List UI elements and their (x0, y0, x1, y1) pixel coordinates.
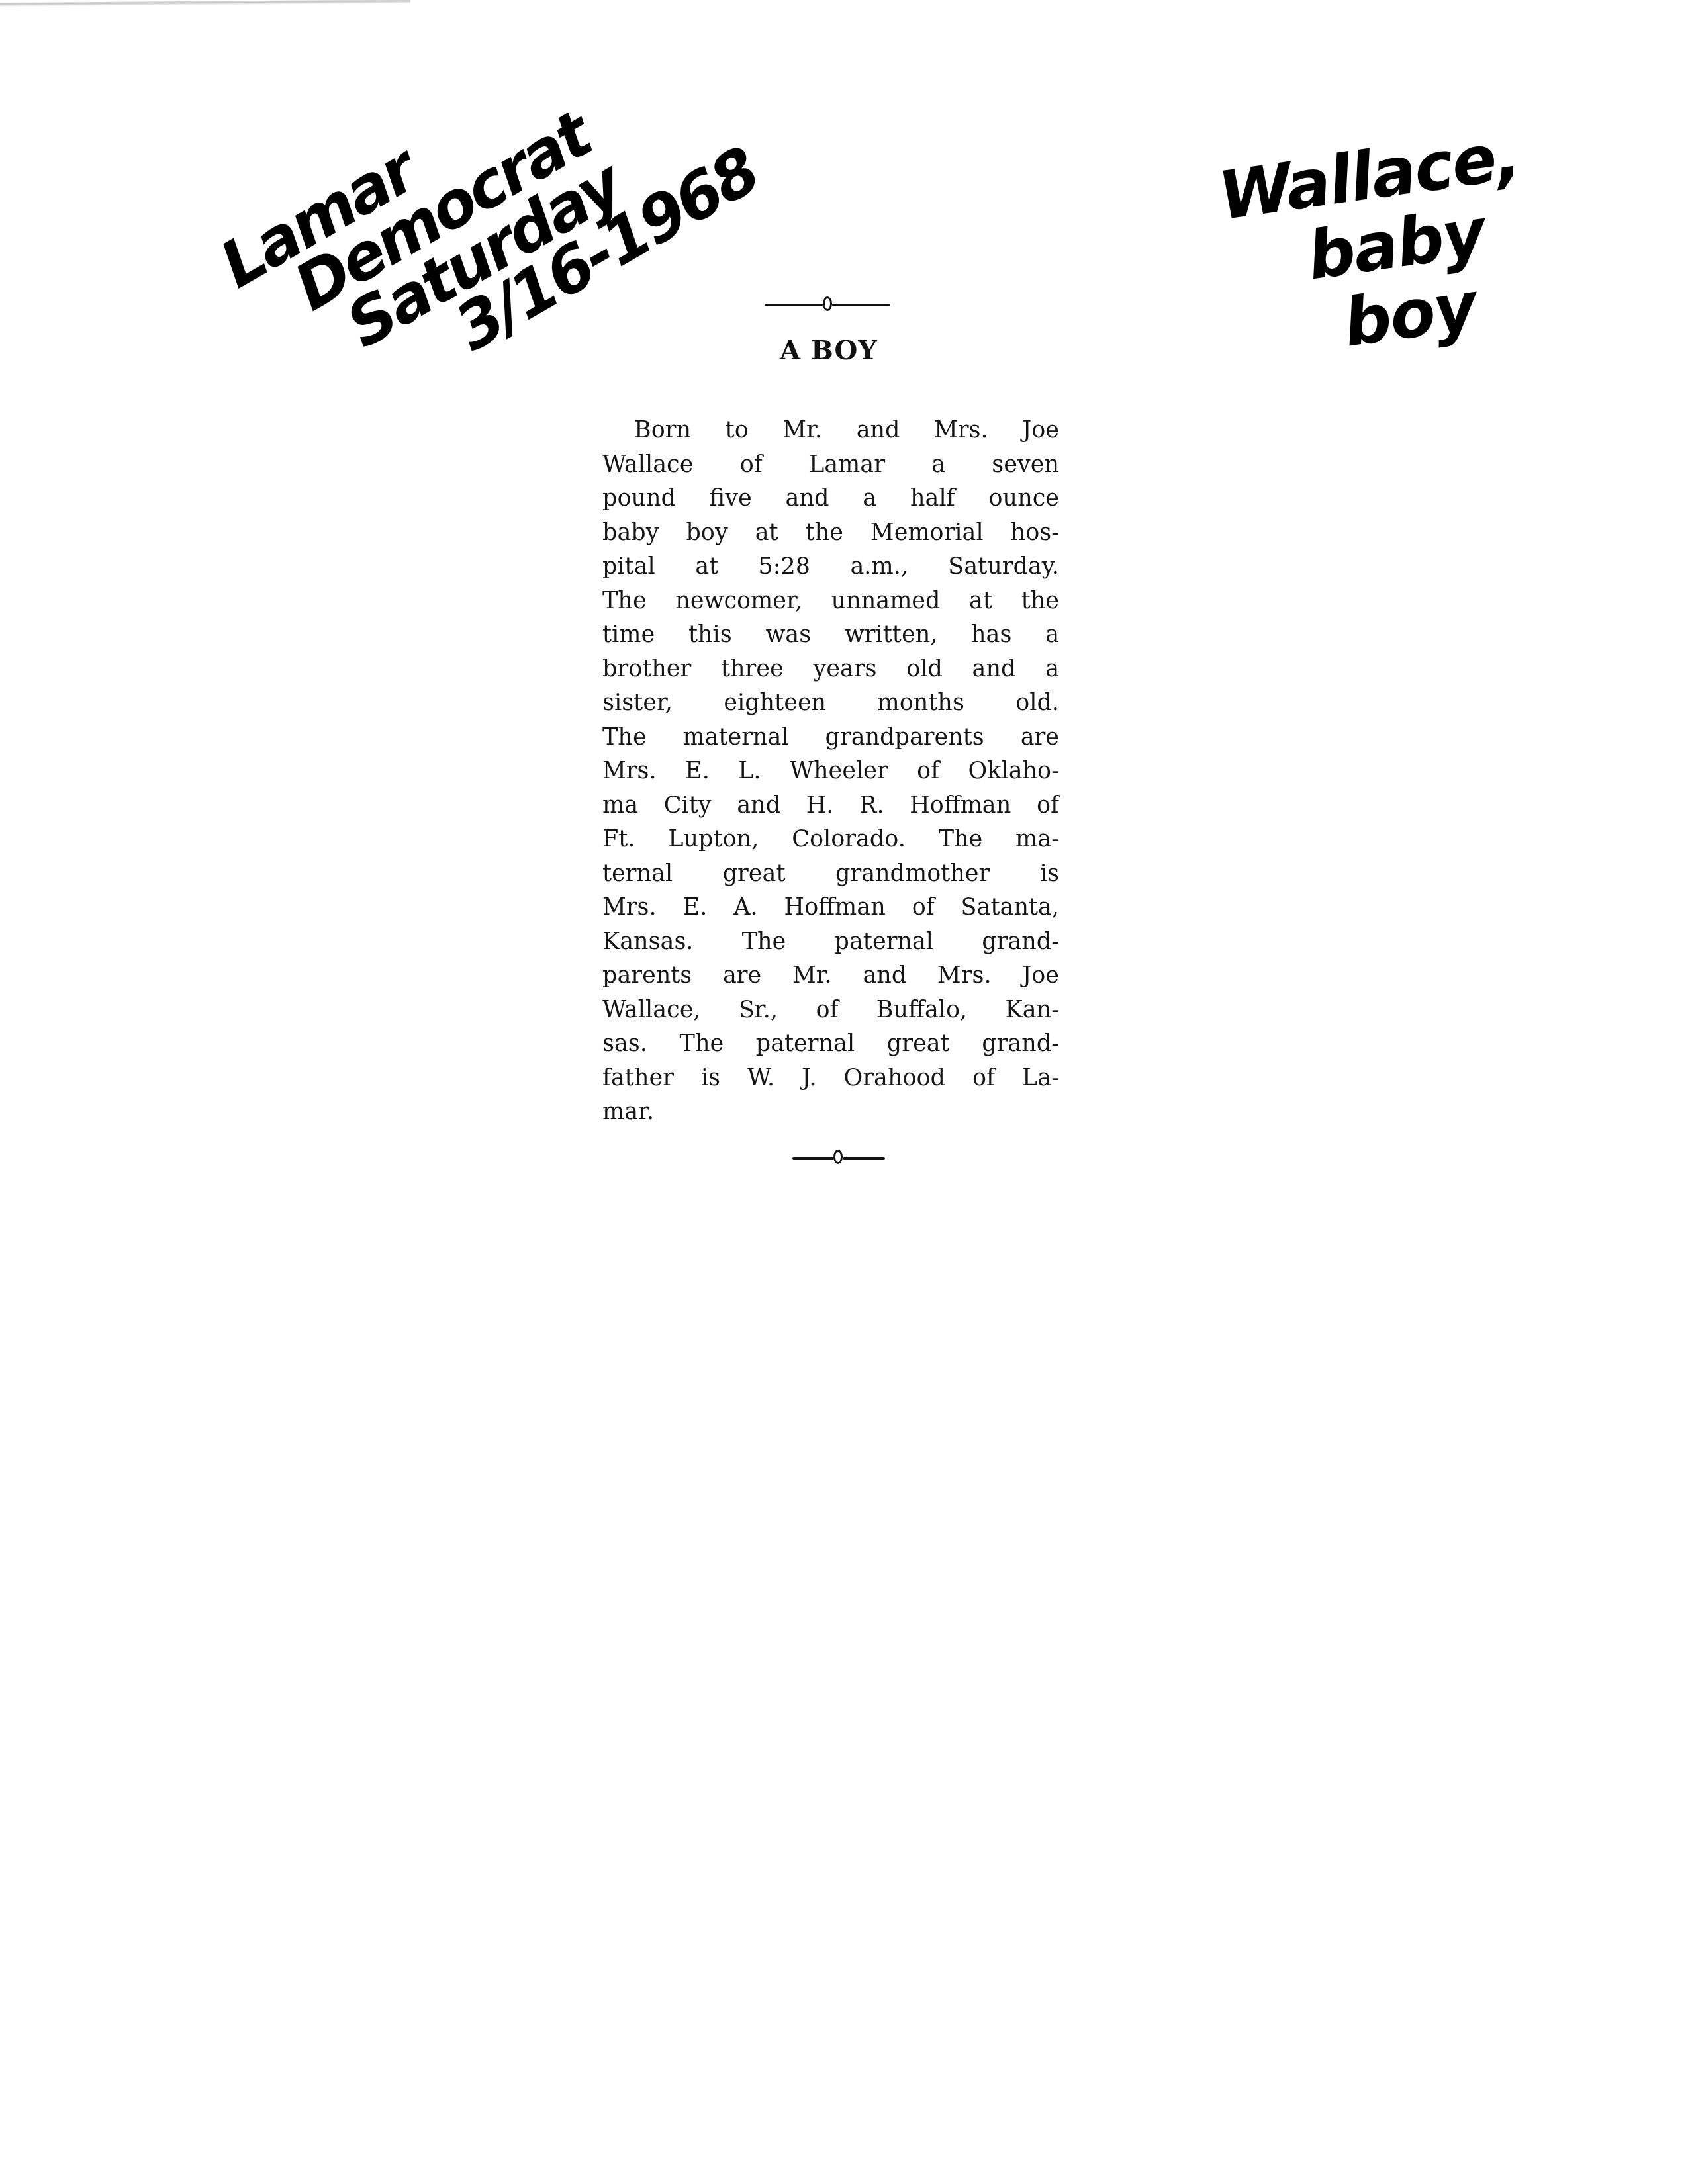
article-line: Mrs. E. A. Hoffman of Satanta, (602, 891, 1059, 925)
article-line: The newcomer, unnamed at the (602, 584, 1059, 619)
article-line: The maternal grandparents are (602, 721, 1059, 755)
article-body: Born to Mr. and Mrs. JoeWallace of Lamar… (602, 414, 1059, 1130)
article-line: Kansas. The paternal grand- (602, 925, 1059, 960)
article-line: Wallace of Lamar a seven (602, 448, 1059, 482)
article-line: ternal great grandmother is (602, 857, 1059, 891)
handwritten-subject-note: Wallace, baby boy (1215, 129, 1499, 413)
scanner-edge-shadow (0, 0, 410, 7)
divider-rule-bottom (792, 1150, 885, 1165)
divider-rule-top (765, 296, 890, 312)
article-line: ma City and H. R. Hoffman of (602, 789, 1059, 823)
article-line: Mrs. E. L. Wheeler of Oklaho- (602, 754, 1059, 789)
article-line: pound five and a half ounce (602, 482, 1059, 516)
newspaper-clipping: A BOY Born to Mr. and Mrs. JoeWallace of… (602, 291, 1079, 1165)
article-line: time this was written, has a (602, 618, 1059, 653)
article-line: pital at 5:28 a.m., Saturday. (602, 550, 1059, 584)
handwritten-line: boy (1340, 271, 1493, 357)
article-line: father is W. J. Orahood of La- (602, 1062, 1059, 1096)
ornament-icon (833, 1150, 843, 1164)
article-line: Wallace, Sr., of Buffalo, Kan- (602, 993, 1059, 1028)
article-line: Ft. Lupton, Colorado. The ma- (602, 823, 1059, 857)
article-line: mar. (602, 1095, 1059, 1130)
article-line: parents are Mr. and Mrs. Joe (602, 959, 1059, 993)
handwritten-source-note: Lamar Democrat Saturday 3/16-1968 (193, 54, 670, 482)
article-line: brother three years old and a (602, 653, 1059, 687)
headline: A BOY (780, 335, 1079, 366)
article-line: sister, eighteen months old. (602, 686, 1059, 721)
ornament-icon (823, 296, 832, 311)
article-line: baby boy at the Memorial hos- (602, 516, 1059, 551)
article-line: sas. The paternal great grand- (602, 1027, 1059, 1062)
article-line: Born to Mr. and Mrs. Joe (602, 414, 1059, 448)
